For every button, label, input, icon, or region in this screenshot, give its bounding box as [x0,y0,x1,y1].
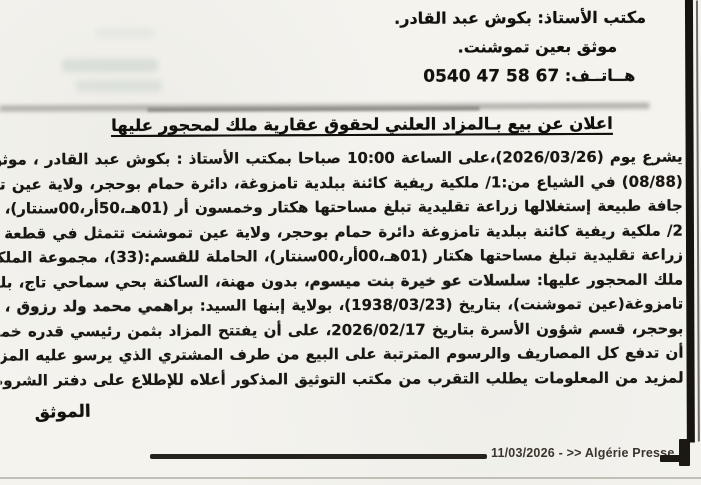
footer-separator: - >> [559,446,582,460]
header-separator-rule [147,106,479,111]
scanned-notice-page: مكتب الأستاذ: بكوش عبد القادر. موثق بعين… [0,0,701,485]
page-bottom-edge [0,477,701,479]
body-line: زراعة تقليدية تبلغ مساحتها هكتار (01هـ،0… [0,243,683,270]
footer-rule [150,454,487,459]
phone-number: 0540 47 58 67 [423,66,559,87]
body-line: بوحجر، قسم شؤون الأسرة بتاريخ 2026/02/17… [0,316,683,343]
body-line: جافة طبيعة إستغلالها زراعة تقليدية تبلغ … [0,194,683,221]
body-line: (08/88) في الشياع من:1/ ملكية ريفية كائن… [0,169,683,196]
notary-signature: الموثق [35,402,91,423]
owner-name: سلسلات عو خيرة بنت ميسوم [310,271,531,290]
office-name-line: مكتب الأستاذ: بكوش عبد القادر. [394,3,646,33]
body-line-text: ، وفقا للإذن بالبيع الصادر عن محكمة حمام [0,297,17,316]
body-line-text: ، بدون مهنة، الساكنة بحي سماحي تاج، بلدي… [0,272,310,293]
body-line: تامزوغة(عين تموشنت)، بتاريخ (1938/03/23)… [0,292,683,319]
footer-corner-bracket [660,455,690,462]
body-line: 2/ ملكية ريفية كائنة ببلدية تامزوغة دائر… [0,218,683,245]
notice-title: اعلان عن بيع بـالمزاد العلني لحقوق عقاري… [43,114,680,136]
footer-date: 11/03/2026 [491,446,555,460]
notary-title-line: موثق بعين تموشنت. [394,32,646,62]
notary-office-header: مكتب الأستاذ: بكوش عبد القادر. موثق بعين… [394,3,646,92]
guardian-name: براهمي محمد ولد رزوق [17,297,194,316]
notice-body: يشرع يوم (2026/03/26)،على الساعة 10:00 ص… [0,145,684,393]
body-line-text: تامزوغة(عين تموشنت)، بتاريخ (1938/03/23)… [193,295,683,315]
column-rule-thick [685,0,695,443]
body-line: ملك المحجور عليها: سلسلات عو خيرة بنت مي… [0,267,683,294]
body-line: لمزيد من المعلومات يطلب التقرب من مكتب ا… [1,365,684,392]
footer-credit: 11/03/2026 - >> Algérie Presse [491,446,671,460]
body-line-text: ملك المحجور عليها: [531,270,684,289]
phone-label: هــاتــف: [565,66,636,85]
body-line: يشرع يوم (2026/03/26)،على الساعة 10:00 ص… [0,145,683,172]
notice-clipping: مكتب الأستاذ: بكوش عبد القادر. موثق بعين… [0,0,701,485]
phone-line: هــاتــف: 0540 47 58 67 [394,61,646,92]
body-line: أن تدفع كل المصاريف والرسوم المترتبة على… [0,341,683,368]
column-rule-thin [696,0,700,441]
